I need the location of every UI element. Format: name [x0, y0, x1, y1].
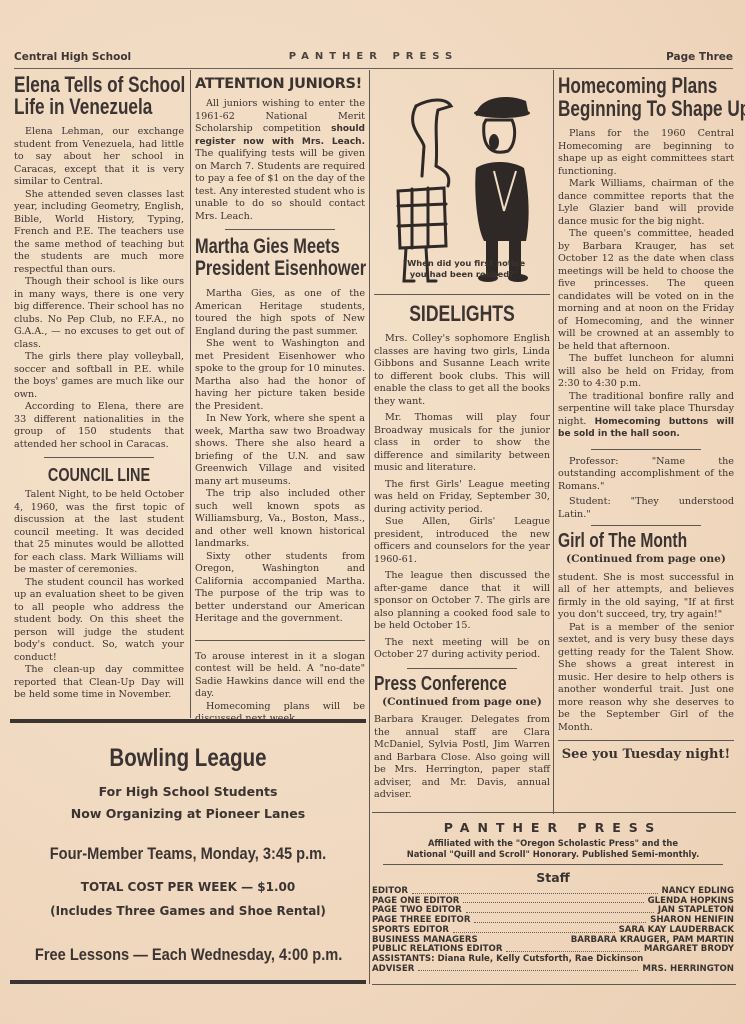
ad-line: TOTAL COST PER WEEK — $1.00 [10, 880, 366, 894]
paragraph: Barbara Krauger. Delegates from the annu… [374, 714, 550, 802]
paragraph: The league then discussed the after-game… [374, 570, 550, 633]
paragraph: She went to Washington and met President… [195, 338, 365, 413]
column-rule [190, 70, 191, 718]
ad-border-top [10, 719, 366, 723]
divider [591, 449, 701, 450]
headline-girl-of-month: Girl of The Month [558, 530, 695, 552]
affiliation-line: Affiliated with the "Oregon Scholastic P… [370, 838, 736, 849]
joke-student: Student: "They understood Latin." [558, 496, 734, 521]
paragraph: Plans for the 1960 Central Homecoming ar… [558, 128, 734, 178]
bowling-league-ad: Bowling League For High School Students … [10, 724, 366, 979]
page-number: Page Three [666, 51, 733, 63]
headline-martha: Martha Gies Meets President Eisenhower [195, 236, 363, 280]
article-sidelights: SIDELIGHTS Mrs. Colley's sophomore Engli… [374, 294, 550, 802]
affiliation-line: National "Quill and Scroll" Honorary. Pu… [370, 849, 736, 860]
paragraph: The next meeting will be on October 27 d… [374, 637, 550, 662]
paragraph: Elena Lehman, our exchange student from … [14, 126, 184, 189]
divider [407, 668, 517, 669]
staff-row: ADVISERMRS. HERRINGTON [370, 965, 736, 975]
panther-press-staff-box: PANTHER PRESS Affiliated with the "Orego… [370, 816, 736, 986]
staff-heading: Staff [370, 870, 736, 885]
headline-sidelights: SIDELIGHTS [392, 301, 533, 327]
paragraph: The girls there play volleyball, soccer … [14, 351, 184, 401]
paragraph: Mrs. Colley's sophomore English classes … [374, 333, 550, 408]
headline-press-conference: Press Conference [374, 673, 511, 695]
ad-line: For High School Students [10, 784, 366, 799]
paragraph: The traditional bonfire rally and serpen… [558, 391, 734, 441]
paragraph: The queen's committee, headed by Barbara… [558, 228, 734, 353]
article-juniors: ATTENTION JUNIORS! All juniors wishing t… [195, 74, 365, 726]
paragraph: According to Elena, there are 33 differe… [14, 401, 184, 451]
divider [44, 457, 154, 458]
paragraph: Martha Gies, as one of the American Heri… [195, 288, 365, 338]
paragraph: Sixty other students from Oregon, Washin… [195, 551, 365, 626]
article-elena: Elena Tells of School Life in Venezuela … [14, 74, 184, 702]
paragraph: All juniors wishing to enter the 1961-62… [195, 98, 365, 223]
paragraph: The student council has worked up an eva… [14, 577, 184, 665]
paragraph: student. She is most successful in all o… [558, 572, 734, 622]
cartoon-caption: "When did you first notice you had been … [376, 258, 552, 280]
paragraph: To arouse interest in it a slogan contes… [195, 651, 365, 701]
see-you-tuesday: See you Tuesday night! [558, 747, 734, 763]
paragraph: The first Girls' League meeting was held… [374, 479, 550, 517]
paragraph: The buffet luncheon for alumni will also… [558, 353, 734, 391]
ad-line: (Includes Three Games and Shoe Rental) [10, 904, 366, 918]
paragraph: The clean-up day committee reported that… [14, 664, 184, 702]
paragraph: Talent Night, to be held October 4, 1960… [14, 489, 184, 577]
continued-note: (Continued from page one) [558, 553, 734, 566]
masthead: Central High School PANTHER PRESS Page T… [14, 48, 733, 69]
divider [372, 984, 736, 985]
headline-attention-juniors: ATTENTION JUNIORS! [195, 74, 365, 94]
divider [372, 812, 736, 813]
continued-note: (Continued from page one) [374, 696, 550, 709]
ad-line: Free Lessons — Each Wednesday, 4:00 p.m. [35, 945, 341, 965]
divider [225, 229, 335, 230]
divider [374, 294, 550, 295]
divider [195, 640, 365, 641]
paragraph: Pat is a member of the senior sextet, an… [558, 622, 734, 735]
ad-border-bottom [10, 980, 366, 984]
ad-line: Four-Member Teams, Monday, 3:45 p.m. [35, 844, 341, 864]
ad-line: Now Organizing at Pioneer Lanes [10, 806, 366, 821]
joke-professor: Professor: "Name the outstanding accompl… [558, 456, 734, 494]
paragraph: The trip also included other such well k… [195, 488, 365, 551]
paper-title: PANTHER PRESS [14, 51, 733, 62]
article-homecoming: Homecoming Plans Beginning To Shape Up P… [558, 74, 734, 763]
headline-elena: Elena Tells of School Life in Venezuela [14, 74, 184, 118]
headline-council-line: COUNCIL LINE [31, 464, 167, 486]
newspaper-page: Central High School PANTHER PRESS Page T… [0, 0, 745, 1024]
paragraph: In New York, where she spent a week, Mar… [195, 413, 365, 488]
paragraph: She attended seven classes last year, in… [14, 189, 184, 277]
divider [383, 864, 723, 865]
panther-press-title: PANTHER PRESS [370, 820, 736, 835]
paragraph: Mr. Thomas will play four Broadway music… [374, 412, 550, 475]
divider [558, 740, 734, 741]
column-rule [553, 70, 554, 814]
paragraph: Though their school is like ours in many… [14, 276, 184, 351]
paragraph: Sue Allen, Girls' League president, intr… [374, 516, 550, 566]
ad-title: Bowling League [42, 744, 334, 773]
headline-homecoming: Homecoming Plans Beginning To Shape Up [558, 74, 737, 120]
paragraph: Mark Williams, chairman of the dance com… [558, 178, 734, 228]
divider [591, 525, 701, 526]
